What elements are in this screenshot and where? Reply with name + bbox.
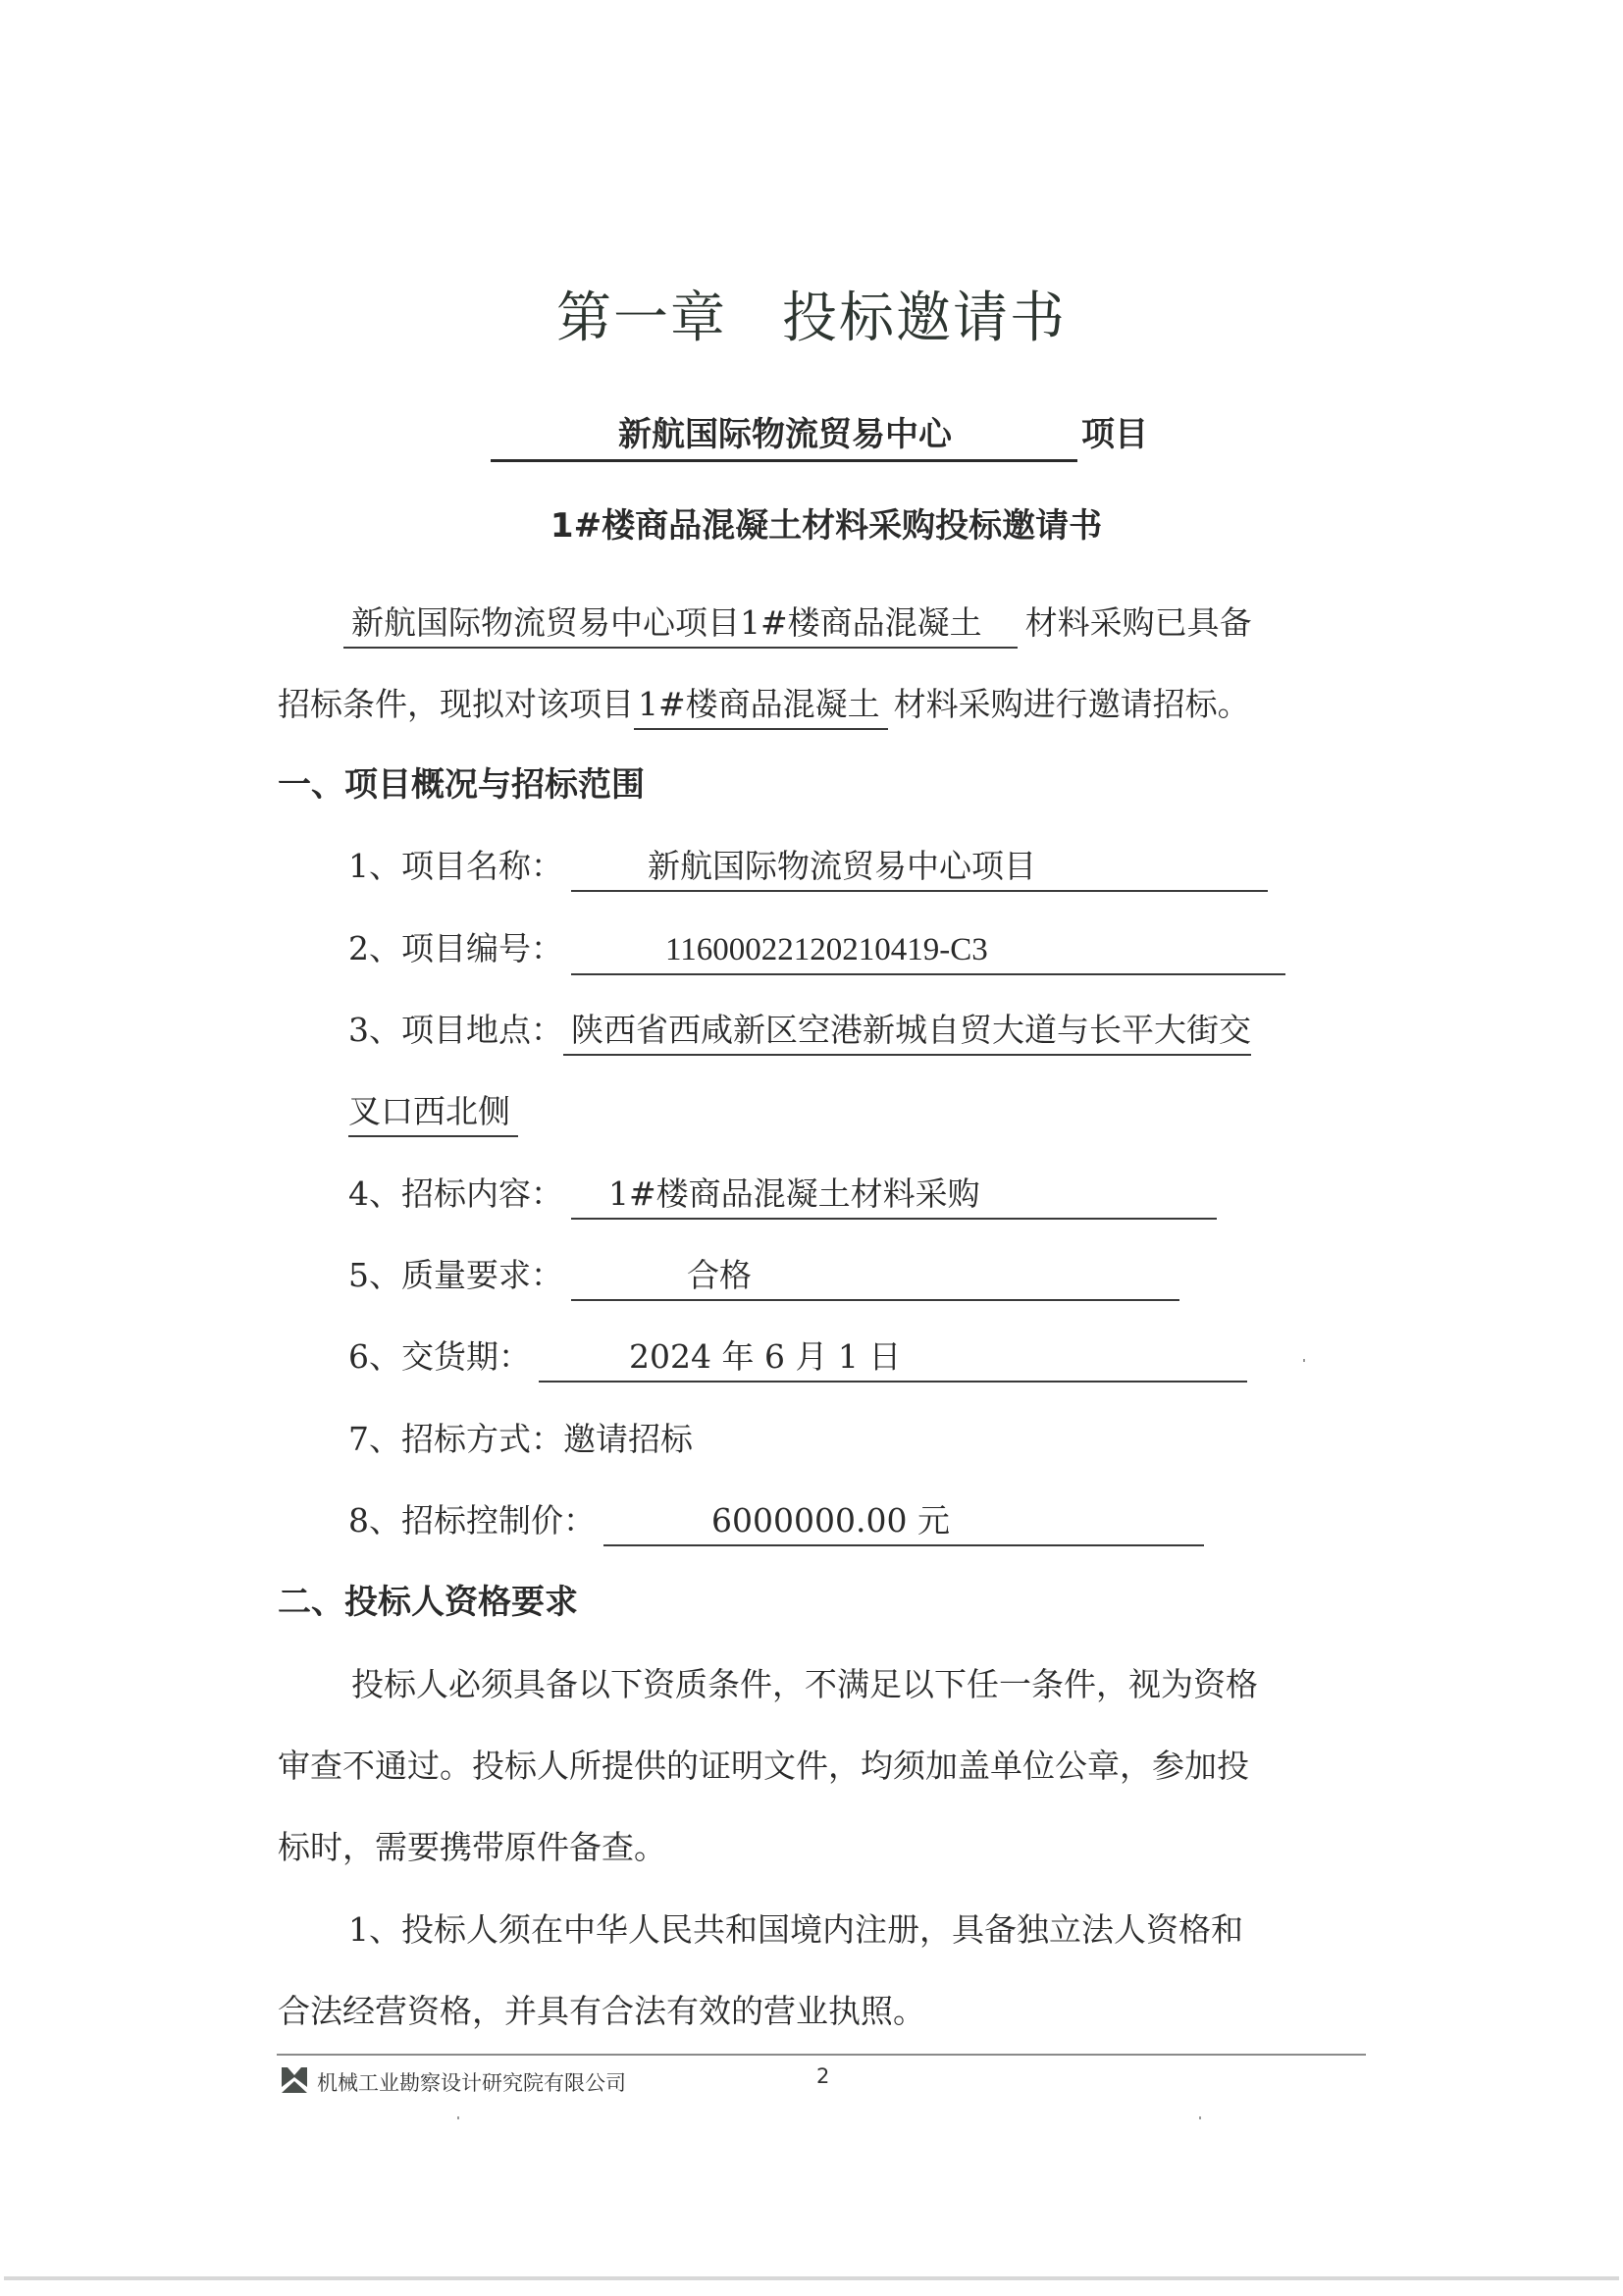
intro-line-1: 新航国际物流贸易中心项目1#楼商品混凝土材料采购已具备	[351, 599, 1252, 649]
item-label: 2、项目编号：	[348, 929, 563, 967]
item-project-name: 1、项目名称：新航国际物流贸易中心项目	[348, 842, 1268, 892]
item-label: 3、项目地点：	[348, 1011, 563, 1049]
item-label: 8、招标控制价：	[348, 1501, 596, 1539]
qual-para-line-3: 标时，需要携带原件备查。	[278, 1823, 666, 1872]
item-label: 7、招标方式：	[348, 1420, 563, 1458]
item-value: 6000000.00 元	[603, 1497, 1204, 1546]
item-project-location: 3、项目地点：陕西省西咸新区空港新城自贸大道与长平大街交	[348, 1006, 1251, 1056]
company-logo-icon	[280, 2065, 309, 2099]
page-footer: 机械工业勘察设计研究院有限公司 2	[280, 2062, 626, 2102]
page-number: 2	[816, 2064, 829, 2088]
intro-text-1: 材料采购已具备	[1025, 603, 1252, 642]
item-project-location-cont: 叉口西北侧	[348, 1087, 518, 1137]
section-heading-qualifications: 二、投标人资格要求	[278, 1578, 578, 1627]
project-suffix: 项目	[1081, 410, 1148, 459]
item-value: 陕西省西咸新区空港新城自贸大道与长平大街交	[563, 1007, 1251, 1056]
intro-underlined-project: 新航国际物流贸易中心项目1#楼商品混凝土	[343, 600, 1018, 649]
item-project-code: 2、项目编号：11600022120210419-C3	[348, 924, 1285, 975]
req1-line-2: 合法经营资格，并具有合法有效的营业执照。	[278, 1987, 925, 2036]
chapter-name: 投标邀请书	[782, 287, 1067, 350]
scan-speck	[1303, 1359, 1305, 1362]
intro-text-2: 招标条件，现拟对该项目	[278, 685, 634, 723]
item-label: 1、项目名称：	[348, 847, 563, 885]
section-heading-overview: 一、项目概况与招标范围	[278, 760, 645, 809]
scan-speck	[457, 2116, 459, 2119]
item-value: 11600022120210419-C3	[571, 926, 1285, 975]
item-value-cont: 叉口西北侧	[348, 1088, 518, 1137]
item-quality: 5、质量要求：合格	[348, 1251, 1179, 1301]
scan-speck	[1199, 2116, 1201, 2119]
project-title-line: 新航国际物流贸易中心项目	[491, 410, 1148, 469]
company-name: 机械工业勘察设计研究院有限公司	[317, 2067, 626, 2097]
scan-edge-line	[4, 2276, 1619, 2280]
item-label: 5、质量要求：	[348, 1256, 563, 1294]
item-label: 4、招标内容：	[348, 1174, 563, 1213]
item-delivery: 6、交货期：2024 年 6 月 1 日	[348, 1332, 1247, 1383]
item-value: 1#楼商品混凝土材料采购	[571, 1171, 1217, 1220]
item-label: 6、交货期：	[348, 1337, 531, 1376]
intro-text-3: 材料采购进行邀请招标。	[894, 685, 1250, 723]
qual-para-line-2: 审查不通过。投标人所提供的证明文件，均须加盖单位公章，参加投	[278, 1742, 1249, 1791]
item-tender-method: 7、招标方式：邀请招标	[348, 1415, 693, 1464]
intro-underlined-scope: 1#楼商品混凝土	[634, 681, 888, 730]
req1-line-1: 1、投标人须在中华人民共和国境内注册，具备独立法人资格和	[348, 1905, 1243, 1955]
chapter-title: 第一章投标邀请书	[0, 275, 1623, 353]
project-name-underlined: 新航国际物流贸易中心	[491, 410, 1077, 462]
qual-para-line-1: 投标人必须具备以下资质条件，不满足以下任一条件，视为资格	[351, 1660, 1258, 1709]
intro-line-2: 招标条件，现拟对该项目1#楼商品混凝土材料采购进行邀请招标。	[278, 680, 1250, 730]
item-tender-content: 4、招标内容：1#楼商品混凝土材料采购	[348, 1170, 1217, 1220]
item-value: 2024 年 6 月 1 日	[539, 1333, 1247, 1383]
item-control-price: 8、招标控制价：6000000.00 元	[348, 1496, 1204, 1546]
item-value: 合格	[571, 1252, 1179, 1301]
item-value: 邀请招标	[563, 1420, 693, 1458]
footer-divider	[277, 2054, 1366, 2056]
document-subtitle: 1#楼商品混凝土材料采购投标邀请书	[0, 498, 1623, 547]
item-value: 新航国际物流贸易中心项目	[571, 843, 1268, 892]
chapter-number: 第一章	[556, 287, 727, 350]
